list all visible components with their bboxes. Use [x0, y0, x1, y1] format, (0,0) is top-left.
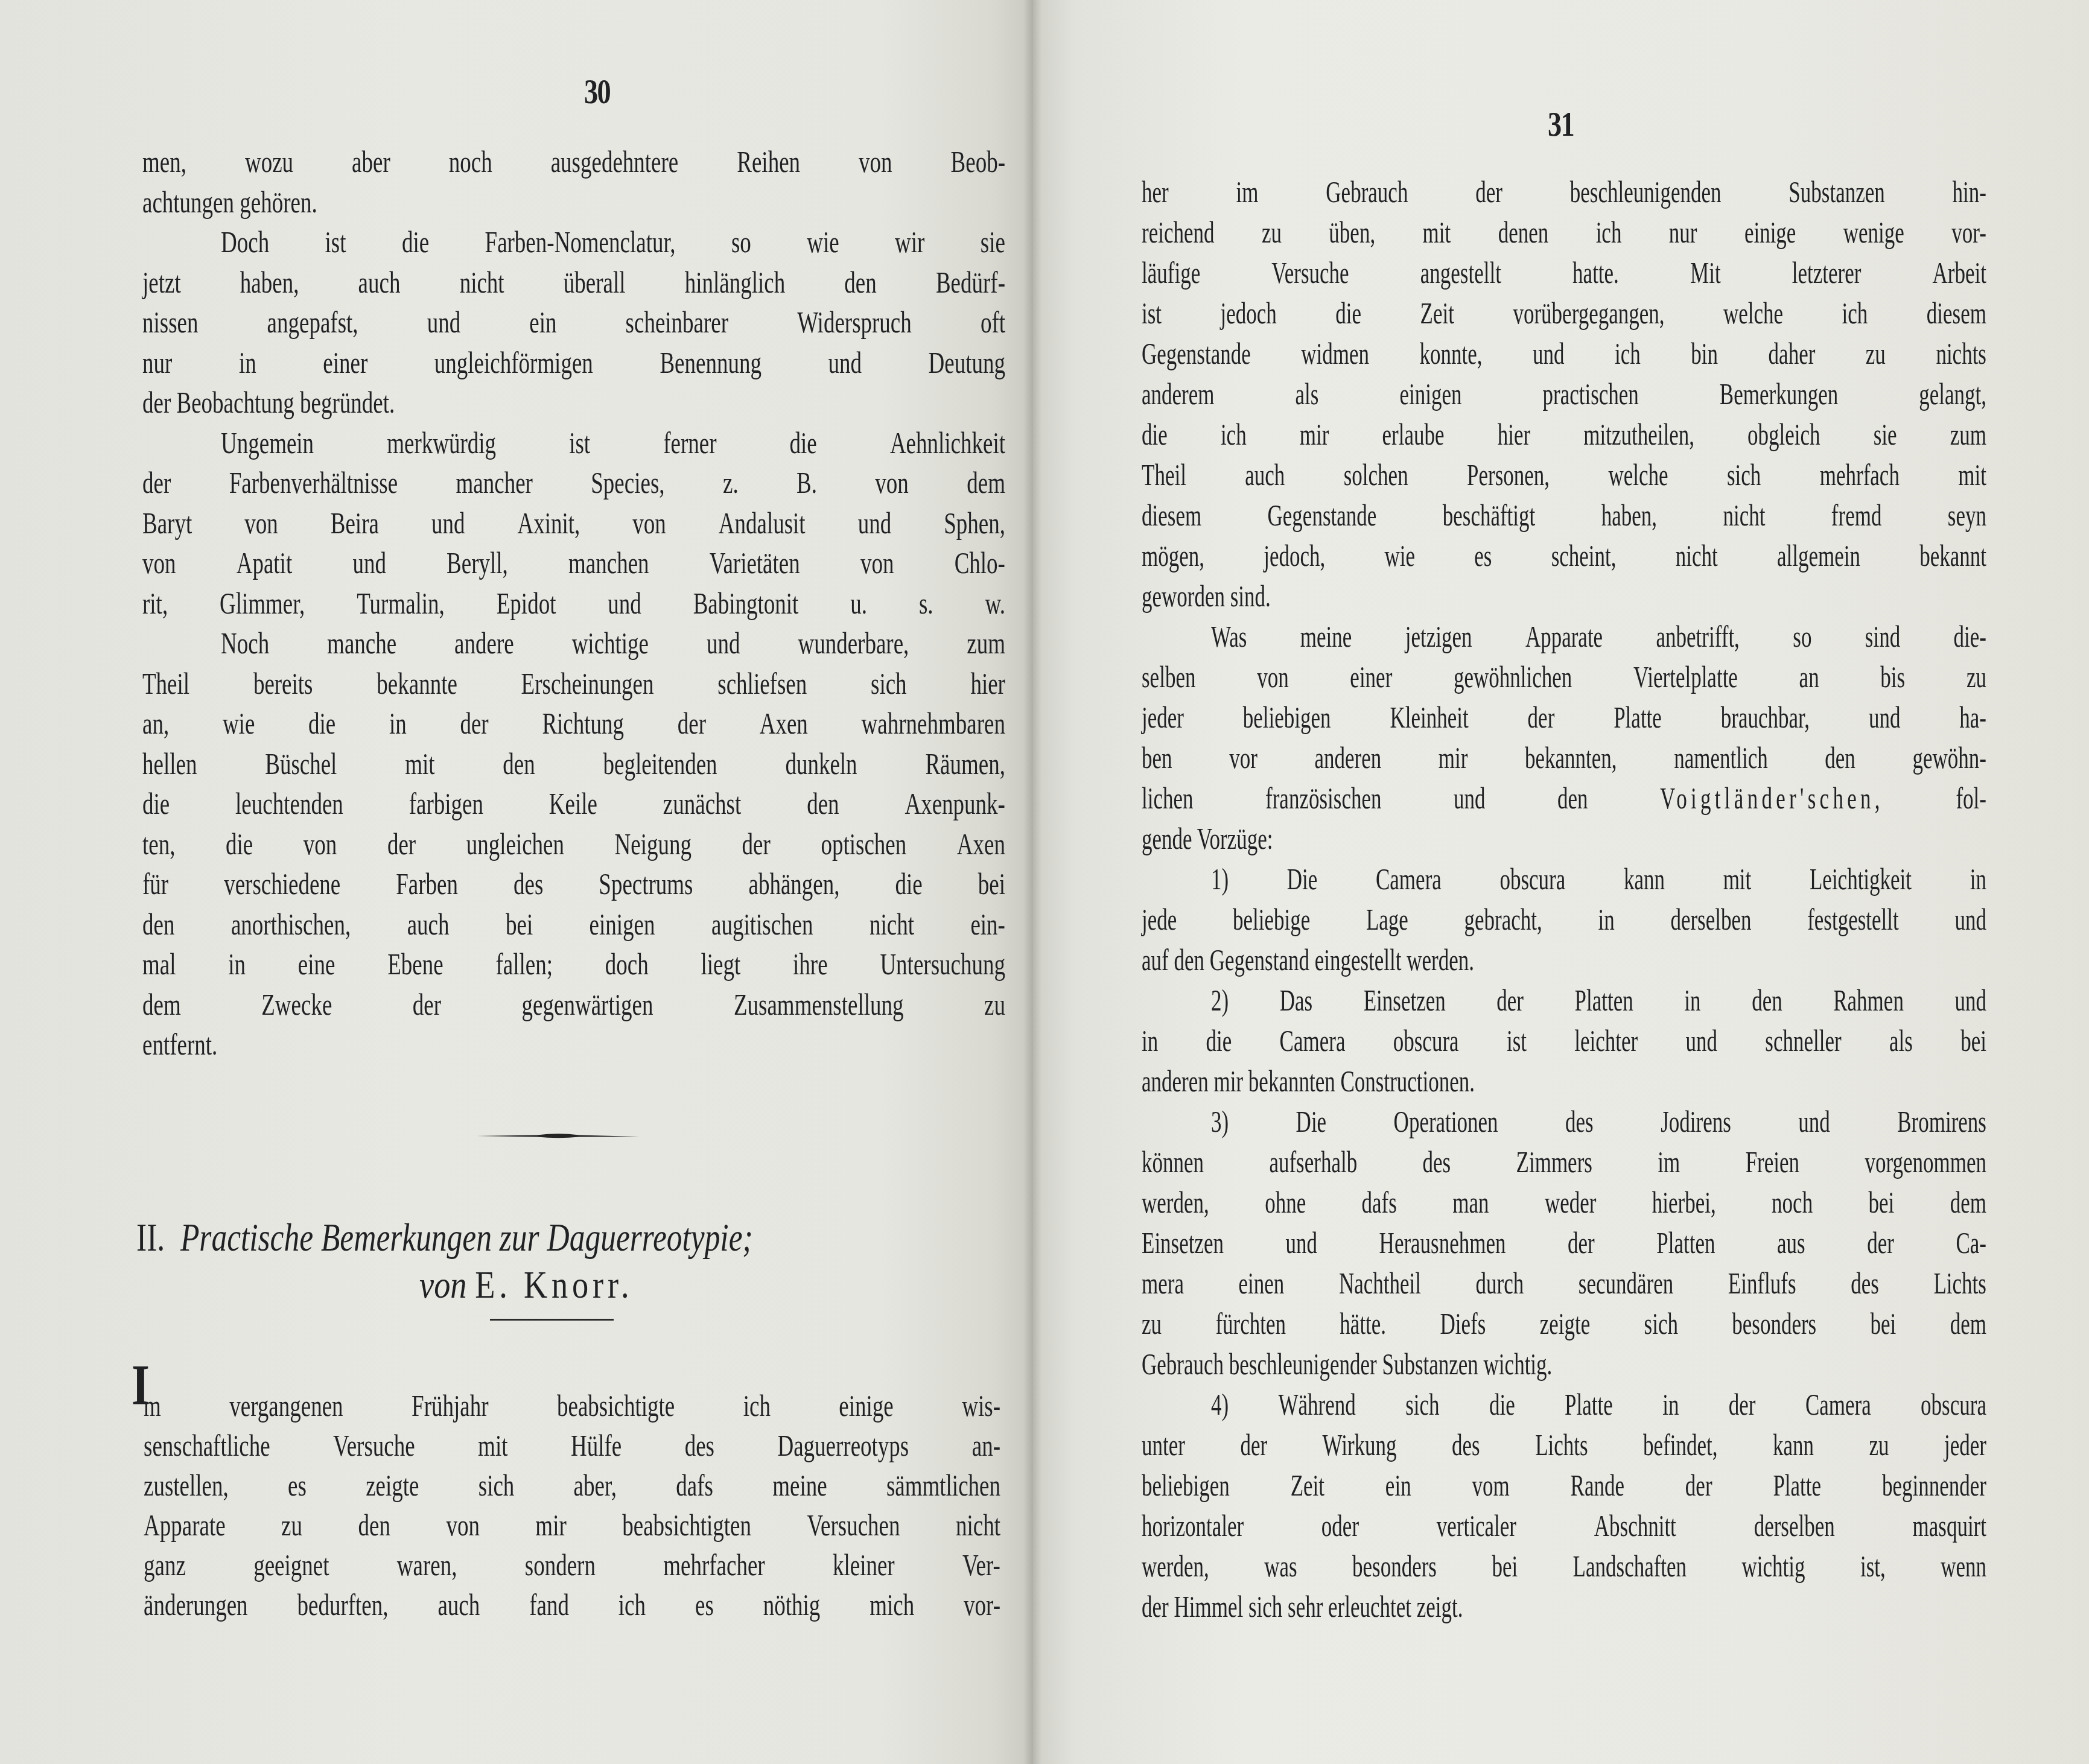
word: von	[860, 545, 894, 581]
section-numeral: II.	[136, 1216, 165, 1260]
word: durch	[1476, 1265, 1524, 1301]
word: des	[514, 866, 543, 902]
word: dem	[1950, 1184, 1986, 1220]
word: Kleinheit	[1390, 699, 1468, 735]
word: Abschnitt	[1594, 1508, 1676, 1544]
word: haben,	[240, 264, 299, 300]
word: daher	[1769, 335, 1816, 372]
word: Farben-Nomenclatur,	[485, 224, 676, 260]
word: 3)	[1211, 1103, 1229, 1140]
word: Turmalin,	[357, 585, 445, 621]
word: vor	[1229, 740, 1258, 776]
word: für	[142, 866, 168, 902]
word: ist	[1142, 295, 1162, 331]
article-line: mvergangenenFrühjahrbeabsichtigteicheini…	[144, 1388, 1000, 1424]
word: fallen;	[496, 946, 553, 982]
word: dem	[967, 465, 1005, 501]
word: änderungen	[144, 1587, 248, 1623]
word: Ver-	[962, 1547, 1000, 1583]
text-line: reichendzuüben,mitdenenichnureinigewenig…	[1142, 214, 1986, 250]
word: ganz	[144, 1547, 186, 1583]
word: der	[142, 465, 171, 501]
word: jeder	[1944, 1427, 1986, 1463]
word: welche	[1723, 295, 1783, 331]
word: oder	[1321, 1508, 1359, 1544]
word: Untersuchung	[880, 946, 1005, 982]
page-number-left: 30	[584, 71, 610, 112]
word: hatte.	[1572, 255, 1619, 291]
word: von	[1257, 659, 1289, 695]
word: Axen	[760, 705, 808, 741]
word: zustellen,	[144, 1467, 229, 1503]
word: die	[226, 826, 253, 862]
book-gutter	[1023, 0, 1041, 1764]
word: allgemein	[1777, 538, 1860, 574]
word: in	[228, 946, 246, 982]
word: von	[244, 505, 278, 541]
word: jedoch,	[1264, 538, 1325, 574]
word: dunkeln	[785, 746, 857, 782]
word: Platten	[1656, 1225, 1715, 1261]
word: in	[1684, 982, 1700, 1018]
word: und	[1869, 699, 1901, 735]
word: zum	[967, 625, 1005, 661]
text-line: horizontaleroderverticalerAbschnittderse…	[1142, 1508, 1986, 1544]
word: Camera	[1376, 861, 1442, 897]
word: und	[1533, 335, 1565, 372]
text-line: auf den Gegenstand eingestellt werden.	[1142, 942, 1474, 978]
word: oft	[981, 304, 1005, 340]
word: Operationen	[1394, 1103, 1498, 1140]
word: fürchten	[1215, 1306, 1286, 1342]
word: Apparate	[144, 1507, 226, 1543]
word: angestellt	[1420, 255, 1501, 291]
word: jetzigen	[1405, 618, 1472, 655]
word: Gebrauch	[1326, 174, 1408, 210]
word: ist	[569, 425, 590, 461]
word: welche	[1608, 457, 1668, 493]
word: lichen	[1142, 780, 1194, 816]
word: reichend	[1142, 214, 1214, 250]
word: beschäftigt	[1443, 497, 1536, 533]
text-line: hellenBüschelmitdenbegleitendendunkelnRä…	[142, 746, 1005, 782]
word: erlaube	[1382, 416, 1445, 452]
word: sich	[1405, 1386, 1439, 1423]
word: s.	[919, 585, 933, 621]
word: fand	[529, 1587, 569, 1623]
word: fremd	[1831, 497, 1882, 533]
word: Bemerkungen	[1720, 376, 1838, 412]
text-line: selbenvoneinergewöhnlichenViertelplattea…	[1142, 659, 1986, 695]
text-line: Nochmancheanderewichtigeundwunderbare,zu…	[221, 625, 1005, 661]
word: sich	[871, 665, 907, 702]
word: bei	[1960, 1023, 1986, 1059]
word: werden,	[1142, 1548, 1209, 1584]
word: zeigte	[1540, 1306, 1591, 1342]
word: Farben	[396, 866, 458, 902]
word: wichtig	[1742, 1548, 1805, 1584]
word: Lage	[1366, 901, 1408, 938]
word: wie	[1385, 538, 1416, 574]
word: die	[790, 425, 817, 461]
word: Beob-	[951, 144, 1005, 180]
word: hier	[1498, 416, 1530, 452]
text-line: WasmeinejetzigenApparateanbetrifft,sosin…	[1211, 618, 1986, 655]
word: ich	[1596, 214, 1622, 250]
word: Mit	[1690, 255, 1721, 291]
word: mit	[405, 746, 434, 782]
text-line: meraeinenNachtheildurchsecundärenEinfluf…	[1142, 1265, 1986, 1301]
word: bei	[1492, 1548, 1518, 1584]
word: mit	[1723, 861, 1752, 897]
word: nicht	[1676, 538, 1718, 574]
word: anorthischen,	[231, 906, 351, 942]
word: sie	[981, 224, 1005, 260]
word: Ca-	[1956, 1225, 1986, 1261]
word: Einflufs	[1728, 1265, 1796, 1301]
word: Baryt	[142, 505, 192, 541]
word: auch	[358, 264, 401, 300]
word: Benennung	[660, 344, 762, 381]
word: bekannten,	[1525, 740, 1617, 776]
word: ha-	[1959, 699, 1986, 735]
word: mera	[1142, 1265, 1184, 1301]
word: werden,	[1142, 1184, 1209, 1220]
word: mit	[1958, 457, 1986, 493]
word: bei	[1871, 1306, 1897, 1342]
word: überall	[564, 264, 626, 300]
text-line: diesemGegenstandebeschäftigthaben,nichtf…	[1142, 497, 1986, 533]
word: Diefs	[1440, 1306, 1486, 1342]
word: die	[1335, 295, 1361, 331]
word: die	[142, 785, 170, 822]
book-spread: 30 men,wozuabernochausgedehntereReihenvo…	[0, 0, 2089, 1764]
article-line: änderungenbedurften,auchfandichesnöthigm…	[144, 1587, 1000, 1623]
word: an,	[142, 705, 169, 741]
word: es	[1474, 538, 1492, 574]
text-line: derFarbenverhältnissemancherSpecies,z.B.…	[142, 465, 1005, 501]
word: bekannt	[1919, 538, 1986, 574]
word: doch	[605, 946, 649, 982]
word: seyn	[1948, 497, 1986, 533]
word: ein-	[970, 906, 1005, 942]
word: dafs	[1362, 1184, 1397, 1220]
word: hierbei,	[1652, 1184, 1716, 1220]
word: Aehnlichkeit	[890, 425, 1005, 461]
word: Gegenstande	[1142, 335, 1251, 372]
word: einige	[839, 1388, 893, 1424]
word: besonders	[1352, 1548, 1437, 1584]
word: obscura	[1921, 1386, 1986, 1423]
word: ist,	[1860, 1548, 1886, 1584]
text-line: gende Vorzüge:	[1142, 820, 1273, 857]
word: in	[1598, 901, 1614, 938]
word: Varietäten	[710, 545, 800, 581]
text-line: achtungen gehören.	[142, 184, 317, 220]
text-line: DochistdieFarben-Nomenclatur,sowiewirsie	[221, 224, 1005, 260]
word: Sphen,	[944, 505, 1005, 541]
word: hier	[970, 665, 1005, 702]
word: in	[1142, 1023, 1158, 1059]
word: und	[828, 344, 862, 381]
word: Bedürf-	[936, 264, 1005, 300]
word: selben	[1142, 659, 1195, 695]
word: w.	[985, 585, 1005, 621]
word: Keile	[549, 785, 597, 822]
word: Das	[1280, 982, 1312, 1018]
byline-prefix: von	[419, 1263, 467, 1306]
word: nicht	[1723, 497, 1765, 533]
word: mögen,	[1142, 538, 1204, 574]
word: bei	[1869, 1184, 1895, 1220]
word: nicht	[460, 264, 504, 300]
word: zu	[281, 1507, 302, 1543]
word: fol-	[1956, 780, 1986, 816]
word: Beryll,	[447, 545, 508, 581]
word: aber	[352, 144, 390, 180]
word: bekannte	[377, 665, 457, 702]
word: gebracht,	[1464, 901, 1542, 938]
word: Platte	[1565, 1386, 1613, 1423]
word: an	[1799, 659, 1819, 695]
word: nichts	[1936, 335, 1986, 372]
word: Arbeit	[1933, 255, 1986, 291]
word: Farbenverhältnisse	[229, 465, 398, 501]
word: noch	[449, 144, 492, 180]
word: mit	[1423, 214, 1451, 250]
word: andere	[454, 625, 514, 661]
word: u.	[850, 585, 867, 621]
word: zunächst	[663, 785, 741, 822]
word: ist	[1507, 1023, 1527, 1059]
word: der	[387, 826, 416, 862]
word: Species,	[591, 465, 664, 501]
word: senschaftliche	[144, 1427, 270, 1464]
word: wunderbare,	[798, 625, 909, 661]
word: Herausnehmen	[1379, 1225, 1506, 1261]
text-line: läufigeVersucheangestellthatte.Mitletzte…	[1142, 255, 1986, 291]
word: anbetrifft,	[1656, 618, 1740, 655]
word: rit,	[142, 585, 168, 621]
text-line: istjedochdieZeitvorübergegangen,welcheic…	[1142, 295, 1986, 331]
word: den	[142, 906, 174, 942]
word: wenige	[1843, 214, 1904, 250]
word: nur	[1669, 214, 1697, 250]
word: mit	[478, 1427, 507, 1464]
word: Apatit	[237, 545, 292, 581]
word: und	[1798, 1103, 1830, 1140]
word: vom	[1472, 1467, 1509, 1503]
word: von	[859, 144, 892, 180]
text-line: indieCameraobscuraistleichterundschnelle…	[1142, 1023, 1986, 1059]
word: nissen	[142, 304, 199, 340]
text-line: nurineinerungleichförmigenBenennungundDe…	[142, 344, 1005, 381]
word: die	[895, 866, 923, 902]
text-line: anderen mir bekannten Constructionen.	[1142, 1063, 1475, 1099]
word: mir	[1439, 740, 1468, 776]
word: französischen	[1265, 780, 1381, 816]
word: Einsetzen	[1364, 982, 1446, 1018]
word: Theil	[142, 665, 189, 702]
text-line: geworden sind.	[1142, 578, 1271, 614]
word: Nachtheil	[1339, 1265, 1421, 1301]
word: practischen	[1542, 376, 1638, 412]
word: beliebigen	[1243, 699, 1331, 735]
word: Während	[1279, 1386, 1356, 1423]
word: der	[1729, 1386, 1756, 1423]
word: im	[1236, 174, 1259, 210]
word: Lichts	[1933, 1265, 1986, 1301]
word: Rande	[1571, 1467, 1624, 1503]
word: schliefsen	[717, 665, 807, 702]
word: jeder	[1142, 699, 1184, 735]
word: Deutung	[929, 344, 1005, 381]
word: 2)	[1211, 982, 1229, 1018]
word: von	[304, 826, 337, 862]
text-line: BarytvonBeiraundAxinit,vonAndalusitundSp…	[142, 505, 1005, 541]
word: jetzt	[142, 264, 181, 300]
word: Platten	[1575, 982, 1633, 1018]
text-line: werden,ohnedafsmanwederhierbei,nochbeide…	[1142, 1184, 1986, 1220]
word: Camera	[1805, 1386, 1871, 1423]
word: festgestellt	[1807, 901, 1899, 938]
word: mitzutheilen,	[1583, 416, 1694, 452]
word: als	[1889, 1023, 1913, 1059]
word: horizontaler	[1142, 1508, 1244, 1544]
word: des	[685, 1427, 714, 1464]
word: Räumen,	[925, 746, 1005, 782]
word: Beira	[331, 505, 379, 541]
word: anderem	[1142, 376, 1214, 412]
article-heading: II. Practische Bemerkungen zur Daguerreo…	[136, 1214, 753, 1262]
author-name: E. Knorr.	[475, 1263, 633, 1306]
word: und	[707, 625, 740, 661]
word: mancher	[456, 465, 533, 501]
word: bedurften,	[297, 1587, 389, 1623]
text-line: denanorthischen,auchbeieinigenaugitische…	[142, 906, 1005, 942]
word: anderen	[1314, 740, 1381, 776]
word: beschleunigenden	[1570, 174, 1722, 210]
text-line: men,wozuabernochausgedehntereReihenvonBe…	[142, 144, 1005, 180]
word: sämmtlichen	[886, 1467, 1000, 1503]
word: den	[807, 785, 839, 822]
word: zu	[1869, 1427, 1889, 1463]
word: brauchbar,	[1721, 699, 1810, 735]
text-line: an,wiedieinderRichtungderAxenwahrnehmbar…	[142, 705, 1005, 741]
word: ferner	[663, 425, 716, 461]
text-line: zufürchtenhätte.Diefszeigtesichbesonders…	[1142, 1306, 1986, 1342]
word: Babingtonit	[693, 585, 799, 621]
word: sich	[1727, 457, 1761, 493]
word: leuchtenden	[235, 785, 343, 822]
word: Glimmer,	[220, 585, 305, 621]
word: Zeit	[1291, 1467, 1324, 1503]
word: und	[1454, 780, 1486, 816]
word: Zimmers	[1516, 1144, 1592, 1180]
word: optischen	[821, 826, 906, 862]
word: aus	[1777, 1225, 1805, 1261]
word: hätte.	[1340, 1306, 1386, 1342]
word: farbigen	[409, 785, 483, 822]
word: als	[1296, 376, 1319, 412]
word: dem	[1950, 1306, 1986, 1342]
word: einige	[1744, 214, 1796, 250]
word: Lichts	[1535, 1427, 1588, 1463]
word: von	[632, 505, 666, 541]
word: masquirt	[1913, 1508, 1986, 1544]
word: und	[1286, 1225, 1318, 1261]
word: manchen	[568, 545, 649, 581]
word: Spectrums	[599, 866, 693, 902]
word: im	[1658, 1144, 1680, 1180]
word: aber,	[574, 1467, 617, 1503]
word: 1)	[1211, 861, 1229, 897]
word: zu	[1967, 659, 1986, 695]
word: einigen	[590, 906, 655, 942]
article-line: zustellen,eszeigtesichaber,dafsmeinesämm…	[144, 1467, 1000, 1503]
word: zu	[1866, 335, 1886, 372]
word: und	[1954, 982, 1986, 1018]
word: sich	[1644, 1306, 1678, 1342]
word: einer	[1350, 659, 1392, 695]
word: der	[1240, 1427, 1267, 1463]
word: der	[742, 826, 771, 862]
word: auch	[437, 1587, 480, 1623]
word: einen	[1239, 1265, 1285, 1301]
word: Leichtigkeit	[1810, 861, 1912, 897]
word: abhängen,	[749, 866, 840, 902]
word: in	[1662, 1386, 1679, 1423]
word: angepafst,	[267, 304, 358, 340]
word: wis-	[962, 1388, 1000, 1424]
word: beliebigen	[1142, 1467, 1230, 1503]
text-line: benvoranderenmirbekannten,namentlichdeng…	[1142, 740, 1986, 776]
section-divider-ornament	[477, 1132, 640, 1138]
text-line: 1)DieCameraobscurakannmitLeichtigkeitin	[1211, 861, 1986, 897]
text-line: TheilauchsolchenPersonen,welchesichmehrf…	[1142, 457, 1986, 493]
word: letzterer	[1792, 255, 1862, 291]
word: den	[358, 1507, 390, 1543]
article-line: ApparatezudenvonmirbeabsichtigtenVersuch…	[144, 1507, 1000, 1543]
word: kann	[1773, 1427, 1814, 1463]
word: Frühjahr	[412, 1388, 488, 1424]
word: scheint,	[1551, 538, 1617, 574]
word: ein	[1385, 1467, 1411, 1503]
word: der	[1568, 1225, 1595, 1261]
word: gewöhnlichen	[1454, 659, 1572, 695]
word: die	[308, 705, 335, 741]
text-line: mögen,jedoch,wieesscheint,nichtallgemein…	[1142, 538, 1986, 574]
word: Andalusit	[719, 505, 806, 541]
word: kann	[1624, 861, 1665, 897]
word: die	[1489, 1386, 1515, 1423]
word: m	[144, 1388, 161, 1424]
word: Epidot	[497, 585, 556, 621]
word: den	[1825, 740, 1855, 776]
word: namentlich	[1674, 740, 1768, 776]
word: ohne	[1265, 1184, 1306, 1220]
word: der	[1475, 174, 1502, 210]
text-line: fürverschiedeneFarbendesSpectrumsabhänge…	[142, 866, 1005, 902]
text-line: nissenangepafst,undeinscheinbarerWidersp…	[142, 304, 1005, 340]
text-line: werden,wasbesondersbeiLandschaftenwichti…	[1142, 1548, 1986, 1584]
word: einigen	[1399, 376, 1461, 412]
word: wie	[223, 705, 255, 741]
article-title: Practische Bemerkungen zur Daguerreotypi…	[180, 1216, 753, 1260]
word: Noch	[221, 625, 269, 661]
word: Camera	[1280, 1023, 1346, 1059]
word: wie	[807, 224, 839, 260]
